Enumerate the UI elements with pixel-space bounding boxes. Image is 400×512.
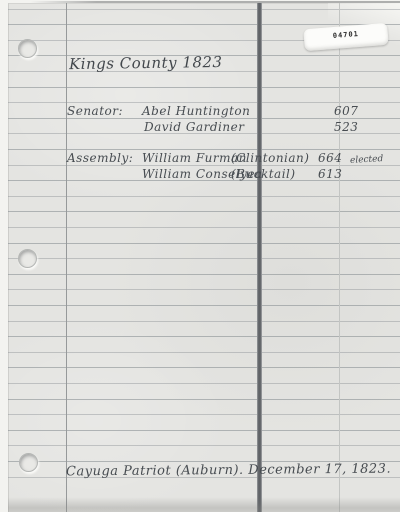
source-citation: Cayuga Patriot (Auburn). December 17, 18… xyxy=(66,462,391,480)
hole-punch-bottom xyxy=(19,453,38,472)
party-affiliation: (Bucktail) xyxy=(231,167,296,181)
senator-label: Senator: xyxy=(67,104,123,118)
vote-count: 607 xyxy=(334,104,358,118)
vote-count: 664 xyxy=(318,151,342,165)
vote-count: 613 xyxy=(318,167,342,181)
sheet-edge-line xyxy=(339,3,340,512)
hole-punch-top xyxy=(18,39,37,58)
scanned-document-page: 04701 Kings County 1823 Senator: Abel Hu… xyxy=(0,0,400,512)
party-affiliation: (Clintonian) xyxy=(231,151,309,165)
page-title: Kings County 1823 xyxy=(69,53,223,73)
assembly-label: Assembly: xyxy=(67,151,133,165)
candidate-name: Abel Huntington xyxy=(142,104,250,118)
vote-count: 523 xyxy=(334,120,358,134)
margin-rule-line xyxy=(66,3,67,512)
center-fold-line xyxy=(257,3,262,512)
catalog-number: 04701 xyxy=(333,30,360,40)
hole-punch-middle xyxy=(18,249,37,268)
candidate-name: David Gardiner xyxy=(144,120,244,134)
result-note: elected xyxy=(350,154,384,166)
